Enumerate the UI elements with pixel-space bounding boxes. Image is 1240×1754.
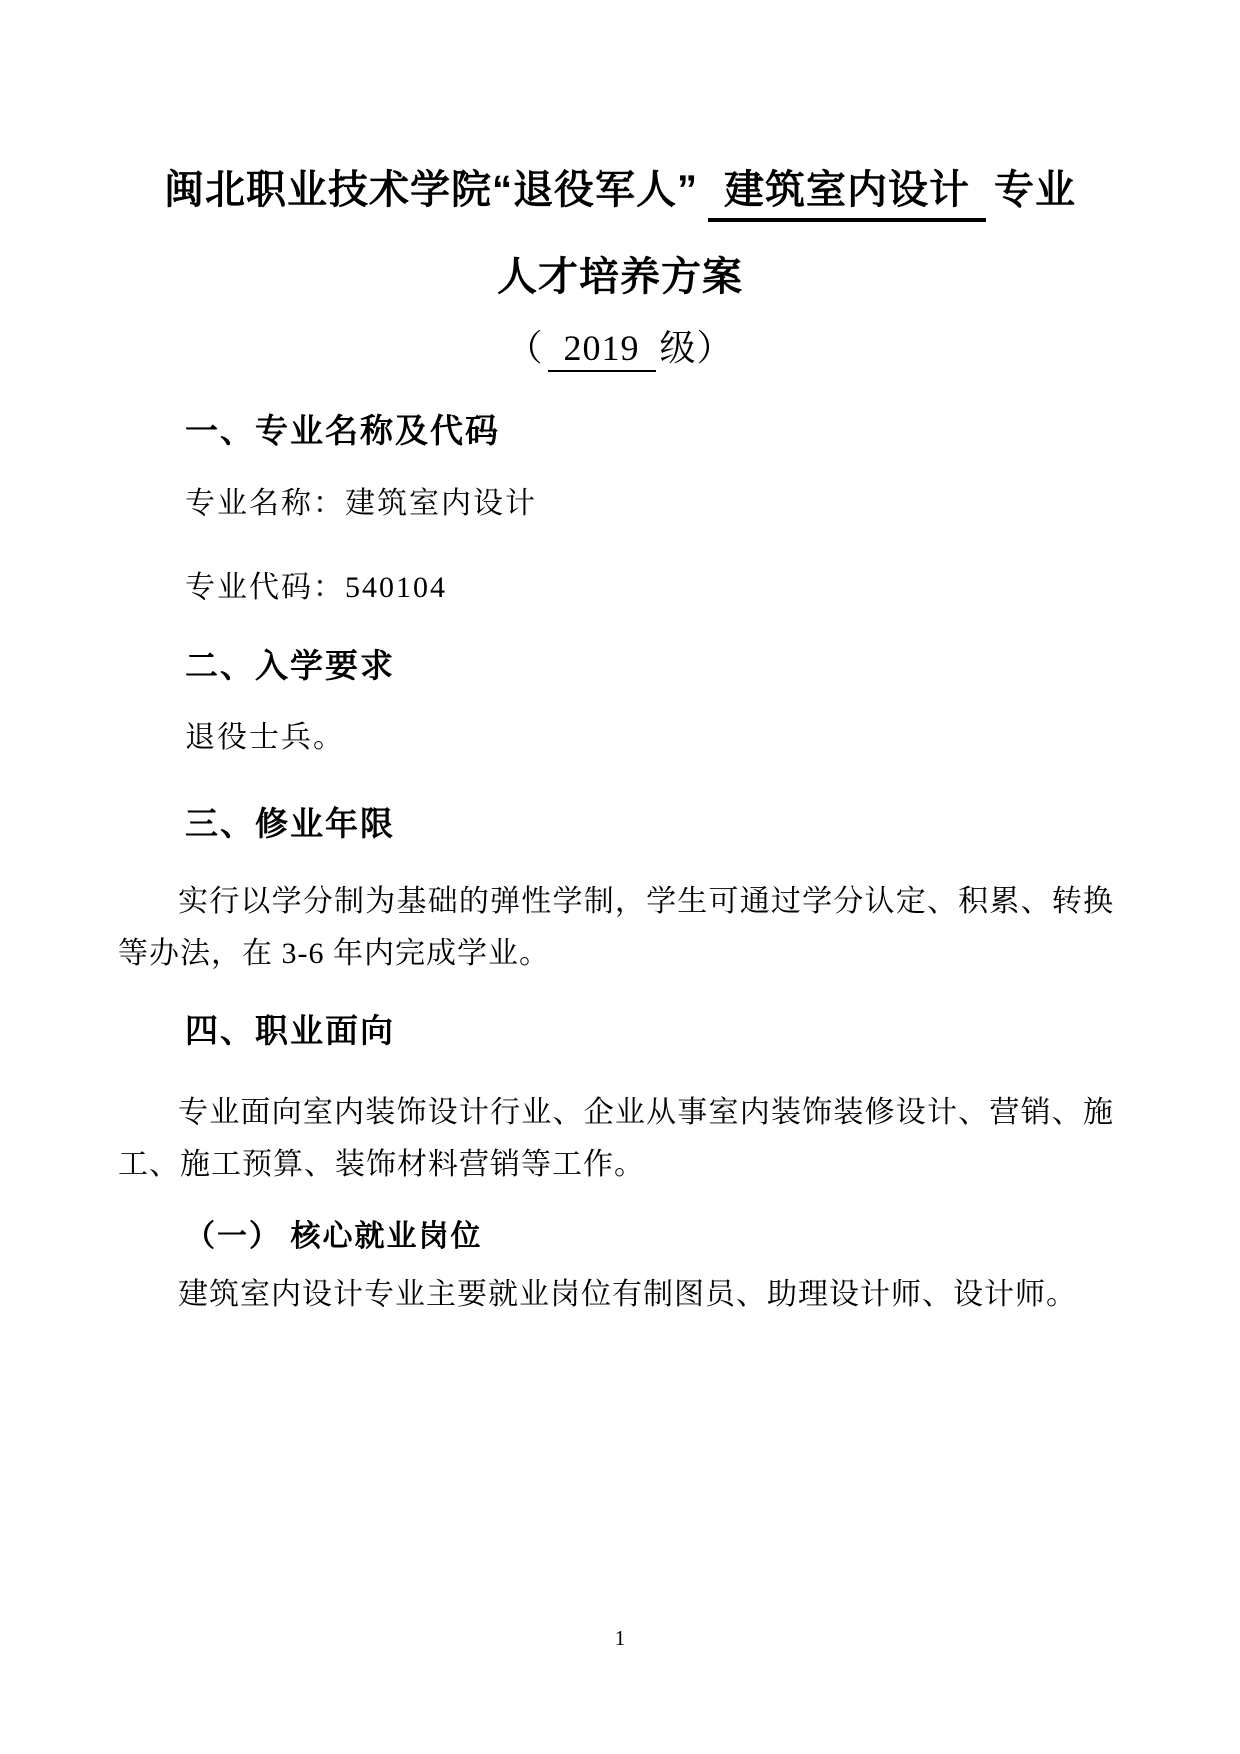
section-2-body: 退役士兵。 bbox=[185, 723, 345, 753]
section-4-sub1-body: 建筑室内设计专业主要就业岗位有制图员、助理设计师、设计师。 bbox=[118, 1269, 1114, 1321]
title-suffix: 专业 bbox=[994, 168, 1076, 212]
section-3-heading: 三、修业年限 bbox=[185, 807, 395, 840]
document-page: 闽北职业技术学院“退役军人”建筑室内设计专业 人才培养方案 （2019级） 一、… bbox=[0, 0, 1240, 1754]
section-2-heading: 二、入学要求 bbox=[185, 649, 395, 682]
section-4-body: 专业面向室内装饰设计行业、企业从事室内装饰装修设计、营销、施工、施工预算、装饰材… bbox=[118, 1087, 1114, 1191]
section-4-heading: 四、职业面向 bbox=[185, 1014, 395, 1047]
grade-line: （2019级） bbox=[0, 330, 1240, 372]
major-name-line: 专业名称：建筑室内设计 bbox=[185, 489, 537, 519]
page-number: 1 bbox=[0, 1628, 1240, 1649]
title-prefix: 闽北职业技术学院“退役军人” bbox=[164, 168, 698, 212]
grade-open-paren: （ bbox=[506, 328, 543, 368]
section-1-heading: 一、专业名称及代码 bbox=[185, 414, 500, 447]
major-code-line: 专业代码：540104 bbox=[185, 573, 447, 603]
document-title-line1: 闽北职业技术学院“退役军人”建筑室内设计专业 bbox=[0, 170, 1240, 222]
section-3-body: 实行以学分制为基础的弹性学制，学生可通过学分认定、积累、转换等办法，在 3-6 … bbox=[118, 876, 1114, 980]
grade-year-underlined: 2019 bbox=[548, 330, 656, 372]
grade-close: 级） bbox=[660, 328, 734, 368]
document-title-line2: 人才培养方案 bbox=[0, 257, 1240, 297]
section-4-sub1-heading: （一） 核心就业岗位 bbox=[185, 1222, 483, 1252]
title-major-underlined: 建筑室内设计 bbox=[708, 170, 986, 222]
